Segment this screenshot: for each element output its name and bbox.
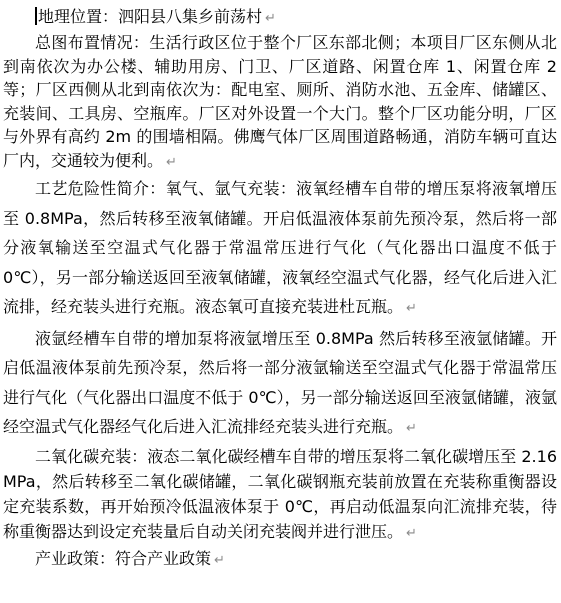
paragraph-mark-icon: ↵ [214,553,225,568]
paragraph-text: 二氧化碳充装：液态二氧化碳经槽车自带的增压泵将二氧化碳增压至 2.16MPa，然… [3,447,557,541]
paragraph-process-hazard-oxygen-argon[interactable]: 工艺危险性简介：氧气、氩气充装：液氧经槽车自带的增压泵将液氧增压至 0.8MPa… [3,174,557,324]
paragraph-industrial-policy[interactable]: 产业政策：符合产业政策↵ [3,546,557,573]
paragraph-liquid-argon-filling[interactable]: 液氩经槽车自带的增加泵将液氩增压至 0.8MPa 然后转移至液氩储罐。开启低温液… [3,324,557,444]
paragraph-text: 工艺危险性简介：氧气、氩气充装：液氧经槽车自带的增压泵将液氧增压至 0.8MPa… [3,179,557,316]
document-page[interactable]: 地理位置：泗阳县八集乡前荡村↵ 总图布置情况：生活行政区位于整个厂区东部北侧；本… [0,0,561,603]
paragraph-site-layout[interactable]: 总图布置情况：生活行政区位于整个厂区东部北侧；本项目厂区东侧从北到南依次为办公楼… [3,31,557,174]
paragraph-mark-icon: ↵ [166,155,177,170]
text-cursor [35,7,37,25]
paragraph-co2-filling[interactable]: 二氧化碳充装：液态二氧化碳经槽车自带的增压泵将二氧化碳增压至 2.16MPa，然… [3,444,557,546]
paragraph-mark-icon: ↵ [406,301,417,316]
paragraph-mark-icon: ↵ [406,526,417,541]
paragraph-text: 总图布置情况：生活行政区位于整个厂区东部北侧；本项目厂区东侧从北到南依次为办公楼… [3,33,557,170]
paragraph-mark-icon: ↵ [265,11,276,26]
paragraph-text: 地理位置：泗阳县八集乡前荡村 [38,7,262,26]
paragraph-mark-icon: ↵ [406,421,417,436]
paragraph-text: 产业政策：符合产业政策 [35,549,211,568]
paragraph-geographic-location[interactable]: 地理位置：泗阳县八集乡前荡村↵ [3,4,557,31]
paragraph-text: 液氩经槽车自带的增加泵将液氩增压至 0.8MPa 然后转移至液氩储罐。开启低温液… [3,329,557,437]
